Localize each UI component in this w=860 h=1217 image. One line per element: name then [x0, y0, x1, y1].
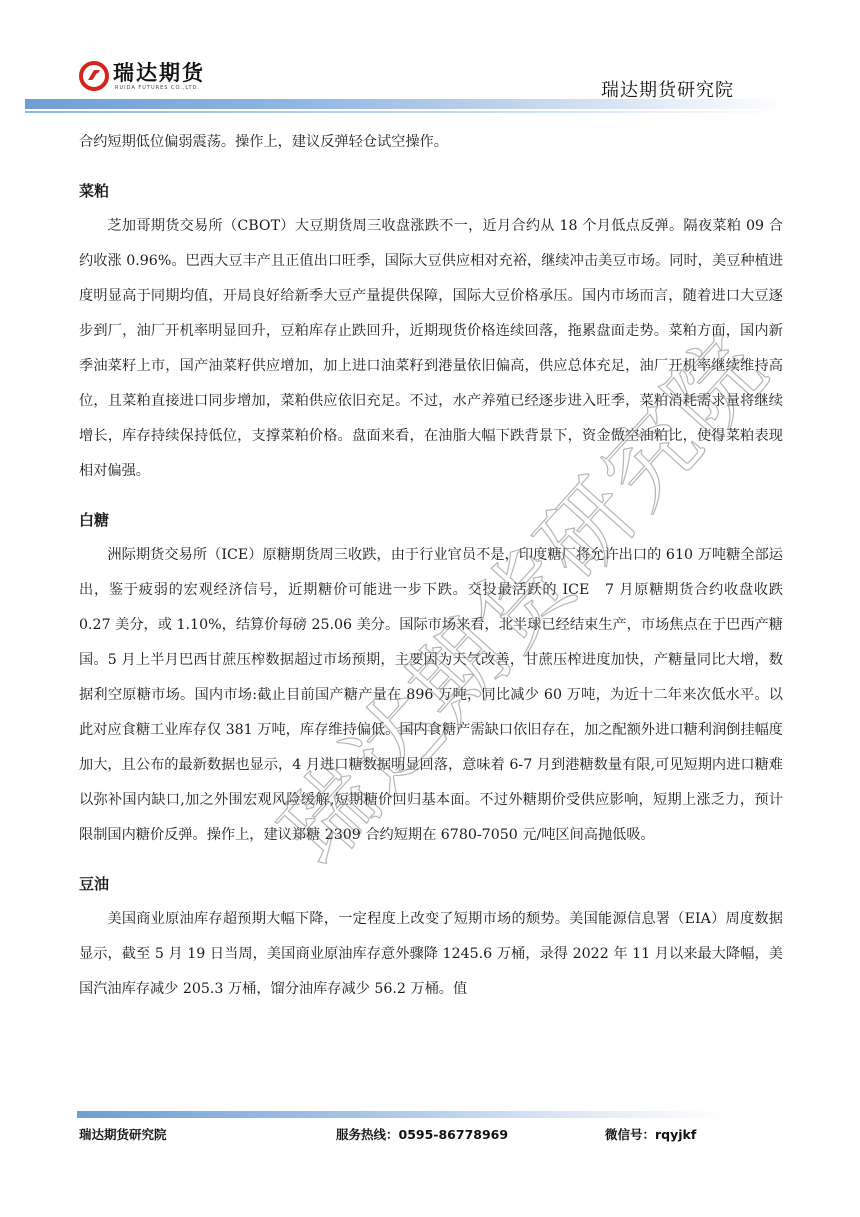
footer-org: 瑞达期货研究院	[79, 1125, 167, 1143]
logo-english-name: RUIDA FUTURES CO.,LTD.	[115, 85, 205, 92]
footer-hotline: 服务热线：0595-86778969	[336, 1125, 508, 1143]
section-paragraph-sugar: 洲际期货交易所（ICE）原糖期货周三收跌，由于行业官员不是，印度糖厂将允许出口的…	[79, 538, 783, 853]
company-logo: 瑞达期货 RUIDA FUTURES CO.,LTD.	[79, 61, 205, 101]
section-title-sugar: 白糖	[79, 503, 783, 538]
logo-chinese-name: 瑞达期货	[113, 61, 205, 85]
intro-continuation-paragraph: 合约短期低位偏弱震荡。操作上，建议反弹轻仓试空操作。	[79, 125, 783, 160]
footer-wechat: 微信号：rqyjkf	[605, 1125, 696, 1143]
section-paragraph-rapeseed-meal: 芝加哥期货交易所（CBOT）大豆期货周三收盘涨跌不一，近月合约从 18 个月低点…	[79, 209, 783, 489]
ruida-logo-icon	[79, 61, 109, 91]
header-divider-bar	[25, 99, 790, 109]
section-title-rapeseed-meal: 菜粕	[79, 174, 783, 209]
section-title-soybean-oil: 豆油	[79, 867, 783, 902]
section-paragraph-soybean-oil: 美国商业原油库存超预期大幅下降，一定程度上改变了短期市场的颓势。美国能源信息署（…	[79, 902, 783, 1007]
footer-divider-bar	[77, 1111, 728, 1118]
document-body: 合约短期低位偏弱震荡。操作上，建议反弹轻仓试空操作。 菜粕 芝加哥期货交易所（C…	[79, 125, 783, 1007]
header-divider-line	[25, 111, 790, 113]
